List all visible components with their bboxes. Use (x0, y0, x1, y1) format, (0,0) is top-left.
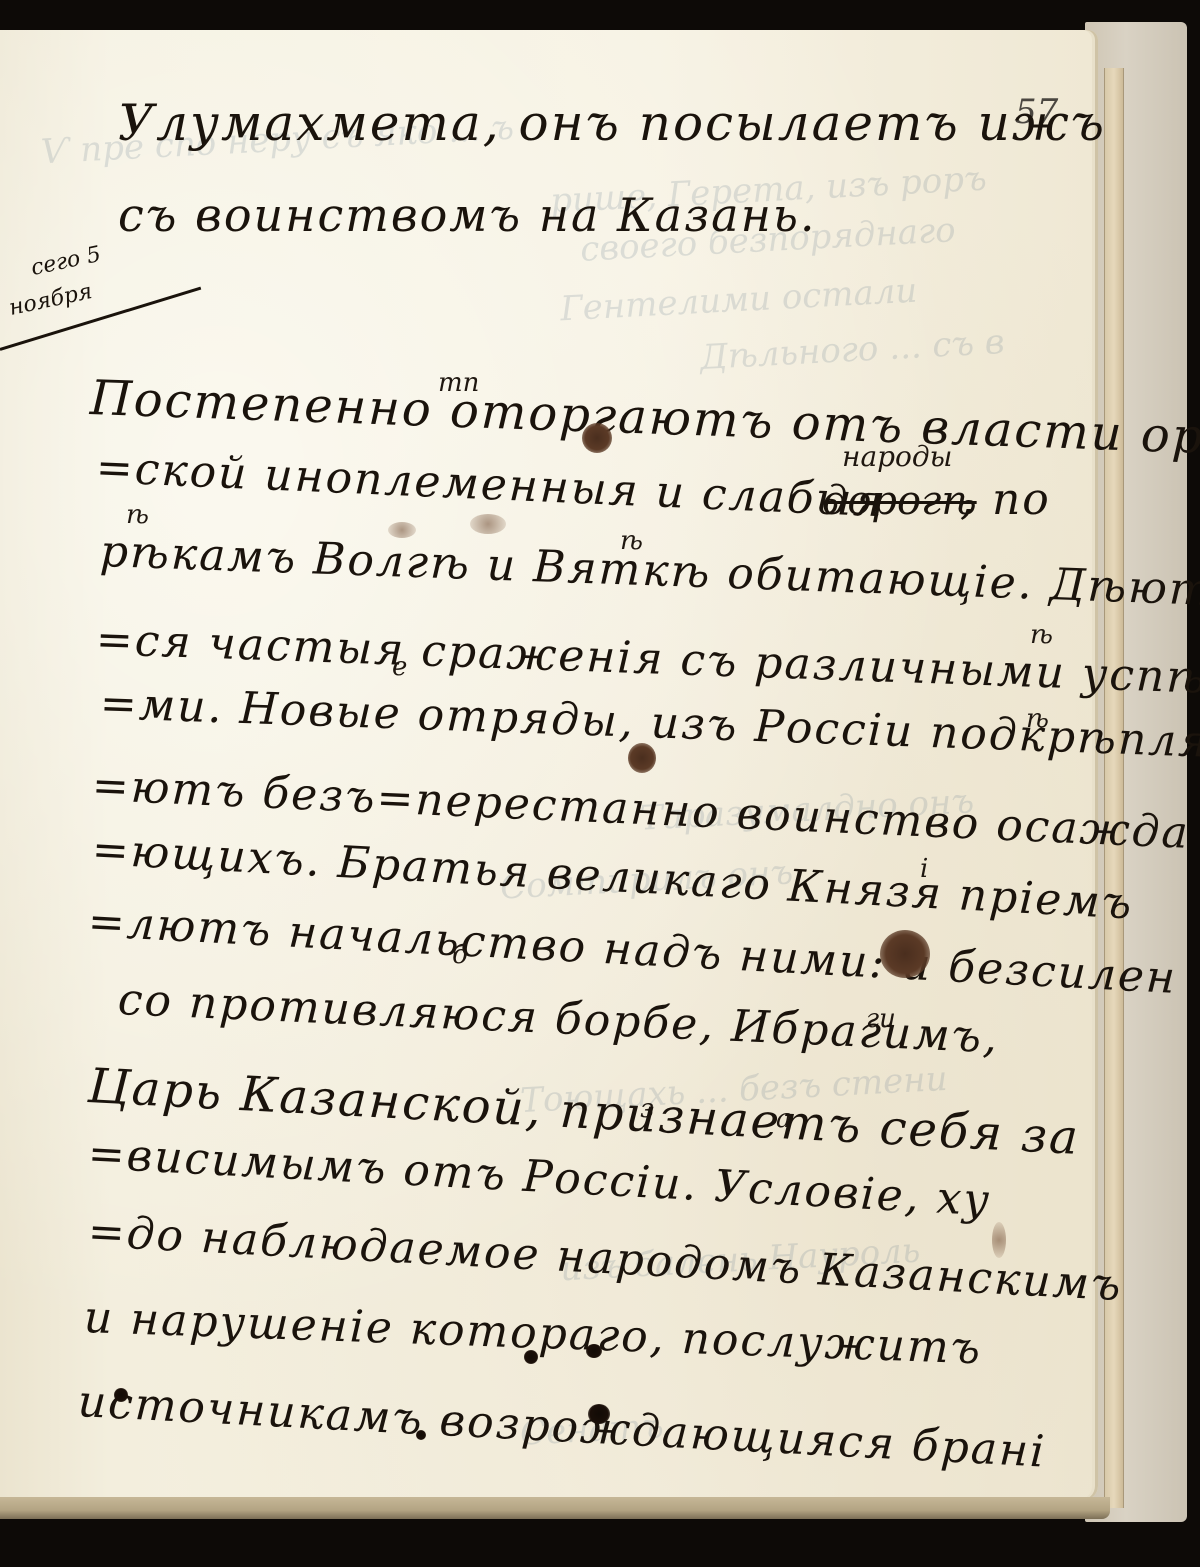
stain (470, 514, 506, 534)
stain (992, 1222, 1006, 1258)
superscript-yat: ѣ (126, 500, 149, 530)
text-line-16: источникамъ возрождающияся бранi (77, 1376, 1048, 1478)
stain (388, 522, 416, 538)
ink-blot (416, 1430, 426, 1440)
superscript-b: б (452, 940, 468, 970)
text-line-1: Улумахмета, онъ посылаетъ ижъ (118, 94, 1106, 152)
bleed-through-text: Гентелими остали (559, 271, 918, 330)
margin-note-line-1: сего 5 (29, 242, 103, 281)
ink-blot (880, 930, 930, 978)
manuscript-scan: Ѵ пре спо неру съ яко ... ъ рише, Герета… (0, 0, 1200, 1567)
bleed-through-text: Дѣльного ... съ в (699, 322, 1005, 378)
text-line-2: съ воинствомъ на Казань. (118, 188, 817, 242)
ink-blot (524, 1350, 538, 1364)
ink-blot (588, 1404, 610, 1424)
text-line-4-end: , по (960, 474, 1051, 525)
struck-word: дорогѣ (822, 478, 977, 524)
ink-blot (586, 1344, 602, 1358)
ink-blot (582, 423, 612, 453)
inserted-word: народы (842, 440, 952, 473)
text-line-5: рѣкамъ Волгѣ и Вяткѣ обитающiе. Дѣют (99, 526, 1200, 616)
superscript-yat: ѣ (1030, 620, 1053, 650)
ink-blot (628, 743, 656, 773)
margin-note-line-2: ноября (7, 279, 95, 321)
ink-blot (114, 1388, 128, 1402)
page-bottom-edge (0, 1497, 1110, 1519)
manuscript-page: Ѵ пре спо неру съ яко ... ъ рише, Герета… (0, 30, 1098, 1500)
superscript-e: е (392, 652, 407, 682)
